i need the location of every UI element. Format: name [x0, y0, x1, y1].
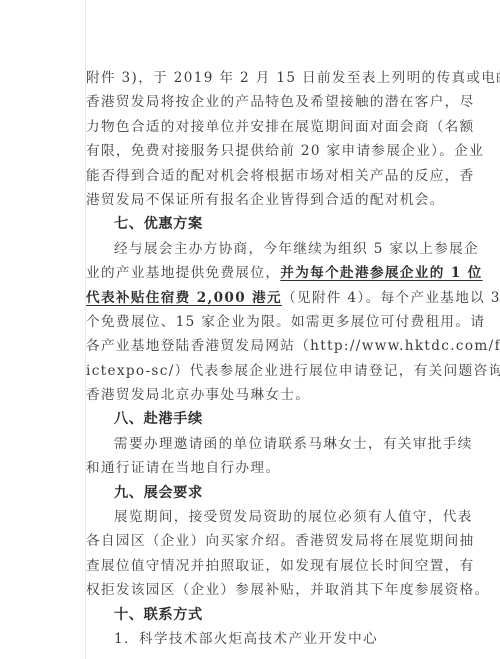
body-text: 业的产业基地提供免费展位， [86, 265, 280, 281]
body-text-line: 展览期间，接受贸发局资助的展位必须有人值守，代表 [86, 505, 422, 529]
body-text-line: 个免费展位、15 家企业为限。如需更多展位可付费租用。请 [86, 310, 422, 334]
body-text-line: 权拒发该园区（企业）参展补贴，并取消其下年度参展资格。 [86, 578, 422, 602]
body-text-line: 和通行证请在当地自行办理。 [86, 456, 422, 480]
body-text-line: 香港贸发局将按企业的产品特色及希望接触的潜在客户，尽 [86, 90, 422, 114]
body-text-line: ictexpo-sc/）代表参展企业进行展位申请登记，有关问题咨询 [86, 359, 422, 383]
contact-item: 1．科学技术部火炬高技术产业开发中心 [86, 627, 422, 651]
body-text-line: 代表补贴住宿费 2,000 港元（见附件 4）。每个产业基地以 3 [86, 286, 422, 310]
section-heading-discount: 七、优惠方案 [86, 212, 422, 236]
underlined-emphasis-text: 并为每个赴港参展企业的 1 位 [280, 265, 482, 281]
body-text-line: 经与展会主办方协商，今年继续为组织 5 家以上参展企 [86, 237, 422, 261]
body-text-line: 港贸发局不保证所有报名企业皆得到合适的配对机会。 [86, 188, 422, 212]
body-text-line: 附件 3)，于 2019 年 2 月 15 日前发至表上列明的传真或电邮， [86, 66, 422, 90]
body-text-line: 有限，免费对接服务只提供给前 20 家申请参展企业）。企业 [86, 139, 422, 163]
section-heading-travel: 八、赴港手续 [86, 407, 422, 431]
underlined-emphasis-text: 代表补贴住宿费 2,000 港元 [86, 290, 282, 306]
body-text-line: 查展位值守情况并拍照取证，如发现有展位长时间空置，有 [86, 554, 422, 578]
body-text-line: 能否得到合适的配对机会将根据市场对相关产品的反应，香 [86, 164, 422, 188]
body-text-line: 需要办理邀请函的单位请联系马琳女士，有关审批手续 [86, 432, 422, 456]
body-text-line: 各产业基地登陆香港贸发局网站（http://www.hktdc.com/fair… [86, 334, 422, 358]
body-text: （见附件 4）。每个产业基地以 3 [282, 290, 500, 306]
section-heading-contact: 十、联系方式 [86, 603, 422, 627]
document-page: 附件 3)，于 2019 年 2 月 15 日前发至表上列明的传真或电邮， 香港… [86, 66, 422, 651]
body-text-line: 业的产业基地提供免费展位，并为每个赴港参展企业的 1 位 [86, 261, 422, 285]
section-heading-requirements: 九、展会要求 [86, 481, 422, 505]
body-text-line: 各自园区（企业）向买家介绍。香港贸发局将在展览期间抽 [86, 529, 422, 553]
body-text-line: 力物色合适的对接单位并安排在展览期间面对面会商（名额 [86, 115, 422, 139]
body-text-line: 香港贸发局北京办事处马琳女士。 [86, 383, 422, 407]
